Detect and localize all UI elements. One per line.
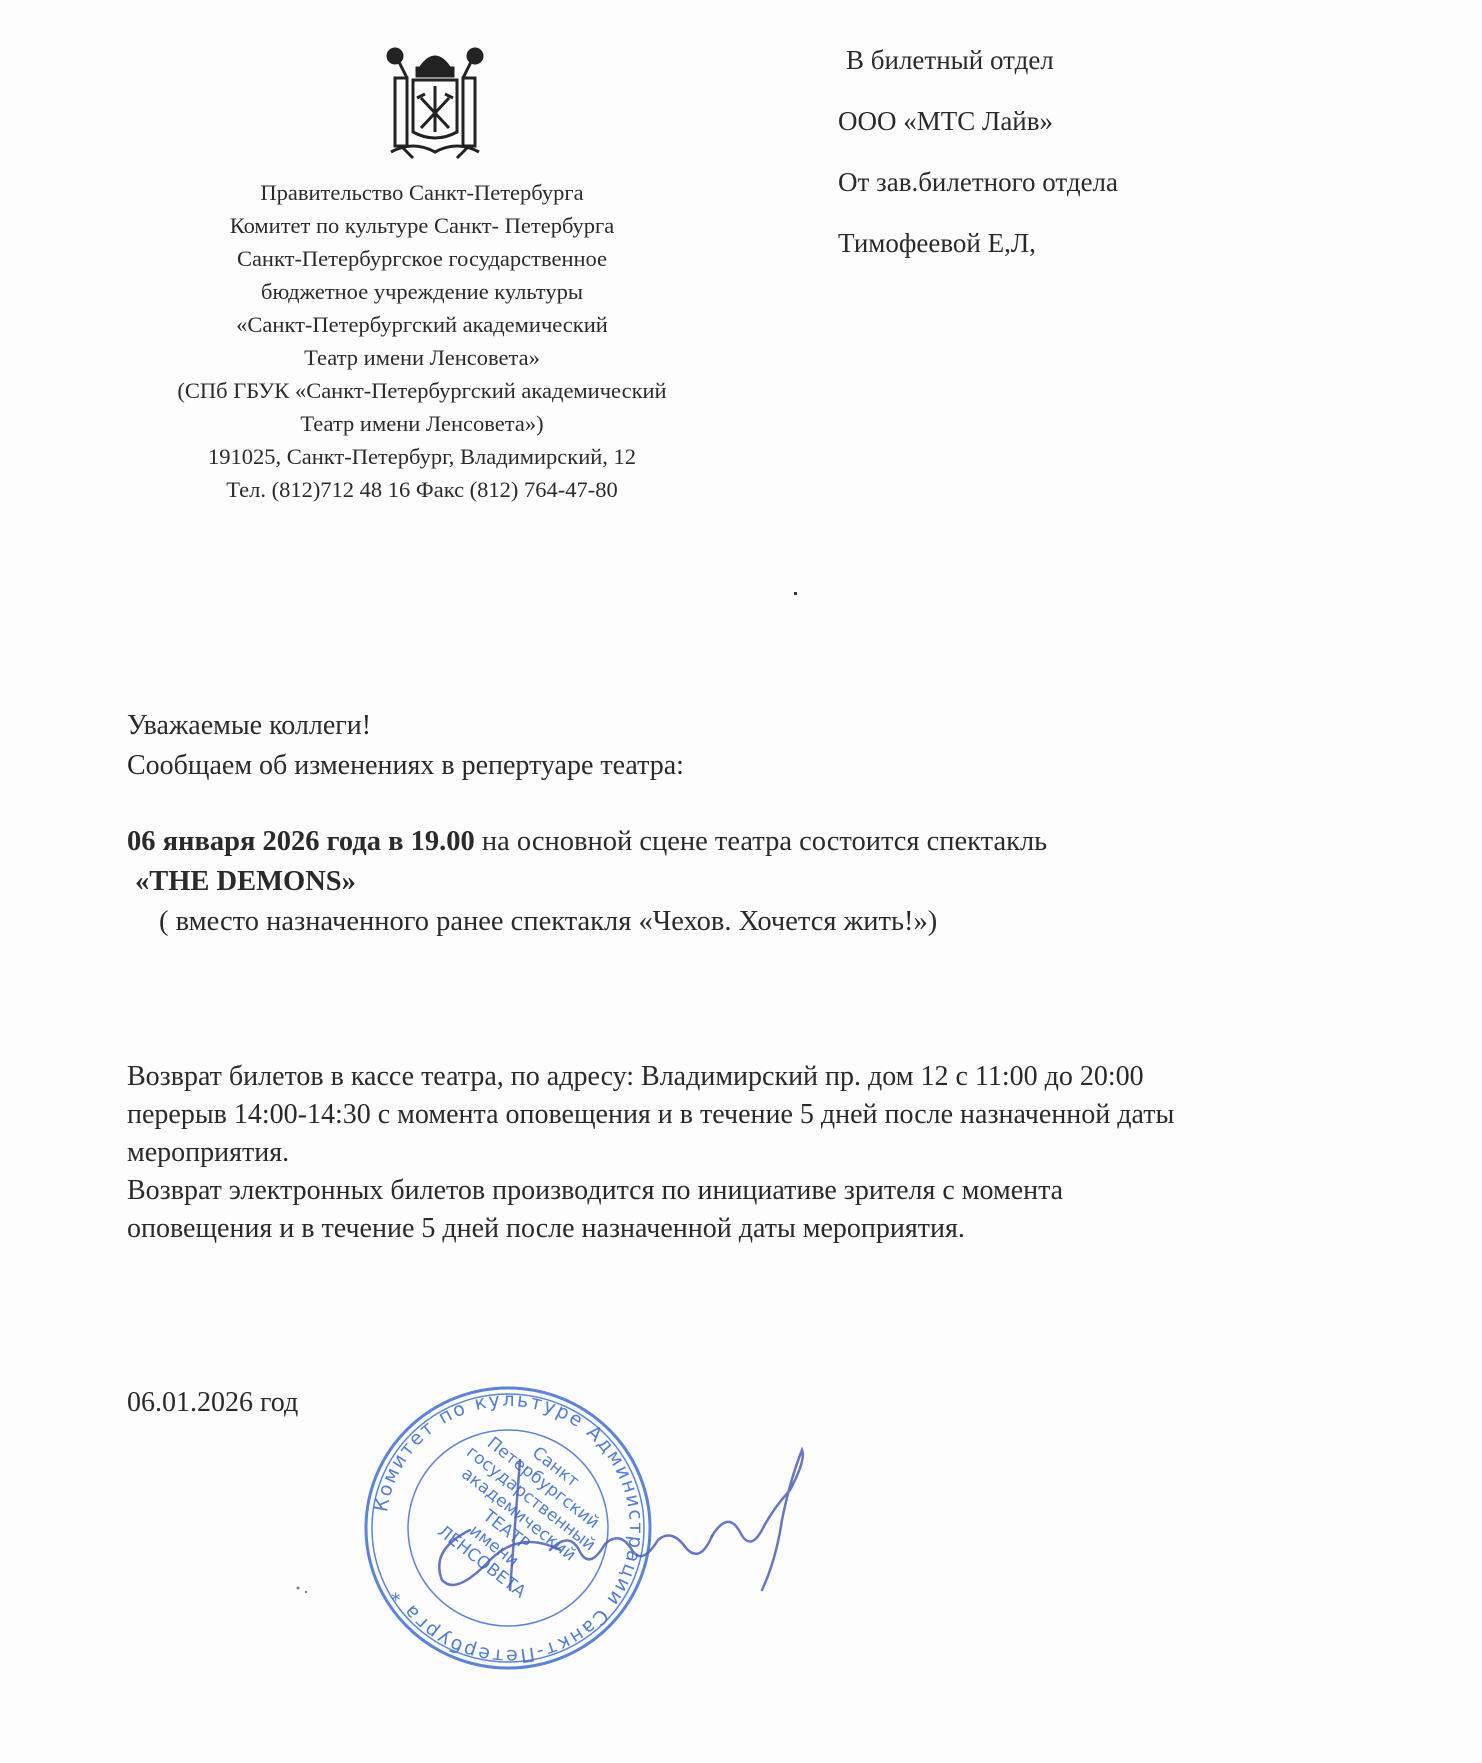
announcement: 06 января 2026 года в 19.00 на основной … xyxy=(127,822,1047,942)
org-line: Театр имени Ленсовета») xyxy=(112,407,732,440)
document-date: 06.01.2026 год xyxy=(127,1385,298,1421)
scan-speck xyxy=(290,1580,320,1600)
signature-icon xyxy=(410,1440,850,1620)
recipient-line: От зав.билетного отдела xyxy=(838,152,1118,213)
announcement-line: 06 января 2026 года в 19.00 на основной … xyxy=(127,822,1047,862)
org-line: «Санкт-Петербургский академический xyxy=(112,308,732,341)
org-line: Театр имени Ленсовета» xyxy=(112,341,732,374)
letterhead: Правительство Санкт-Петербурга Комитет п… xyxy=(112,176,732,506)
returns-line: перерыв 14:00-14:30 с момента оповещения… xyxy=(127,1096,1417,1134)
show-title: «THE DEMONS» xyxy=(127,862,1047,902)
org-phone-fax: Тел. (812)712 48 16 Факс (812) 764-47-80 xyxy=(112,473,732,506)
replacement-note: ( вместо назначенного ранее спектакля «Ч… xyxy=(127,902,1047,942)
returns-line: Возврат электронных билетов производится… xyxy=(127,1172,1417,1210)
returns-line: Возврат билетов в кассе театра, по адрес… xyxy=(127,1058,1417,1096)
announcement-date-time: 06 января 2026 года в 19.00 xyxy=(127,826,475,857)
greeting-block: Уважаемые коллеги! Сообщаем об изменения… xyxy=(127,706,684,786)
recipient-line: В билетный отдел xyxy=(838,30,1118,91)
recipient-line: Тимофеевой Е,Л, xyxy=(838,213,1118,274)
intro: Сообщаем об изменениях в репертуаре теат… xyxy=(127,746,684,786)
scan-speck xyxy=(794,592,797,595)
org-line: бюджетное учреждение культуры xyxy=(112,275,732,308)
org-line: (СПб ГБУК «Санкт-Петербургский академиче… xyxy=(112,374,732,407)
coat-of-arms-icon xyxy=(383,40,487,164)
recipient-line: ООО «МТС Лайв» xyxy=(838,91,1118,152)
returns-line: мероприятия. xyxy=(127,1134,1417,1172)
returns-info: Возврат билетов в кассе театра, по адрес… xyxy=(127,1058,1417,1248)
announcement-text: на основной сцене театра состоится спект… xyxy=(475,826,1047,857)
greeting: Уважаемые коллеги! xyxy=(127,706,684,746)
org-line: Санкт-Петербургское государственное xyxy=(112,242,732,275)
returns-line: оповещения и в течение 5 дней после назн… xyxy=(127,1210,1417,1248)
org-line: Правительство Санкт-Петербурга xyxy=(112,176,732,209)
org-line: Комитет по культуре Санкт- Петербурга xyxy=(112,209,732,242)
org-address: 191025, Санкт-Петербург, Владимирский, 1… xyxy=(112,440,732,473)
recipient-block: В билетный отдел ООО «МТС Лайв» От зав.б… xyxy=(838,30,1118,274)
